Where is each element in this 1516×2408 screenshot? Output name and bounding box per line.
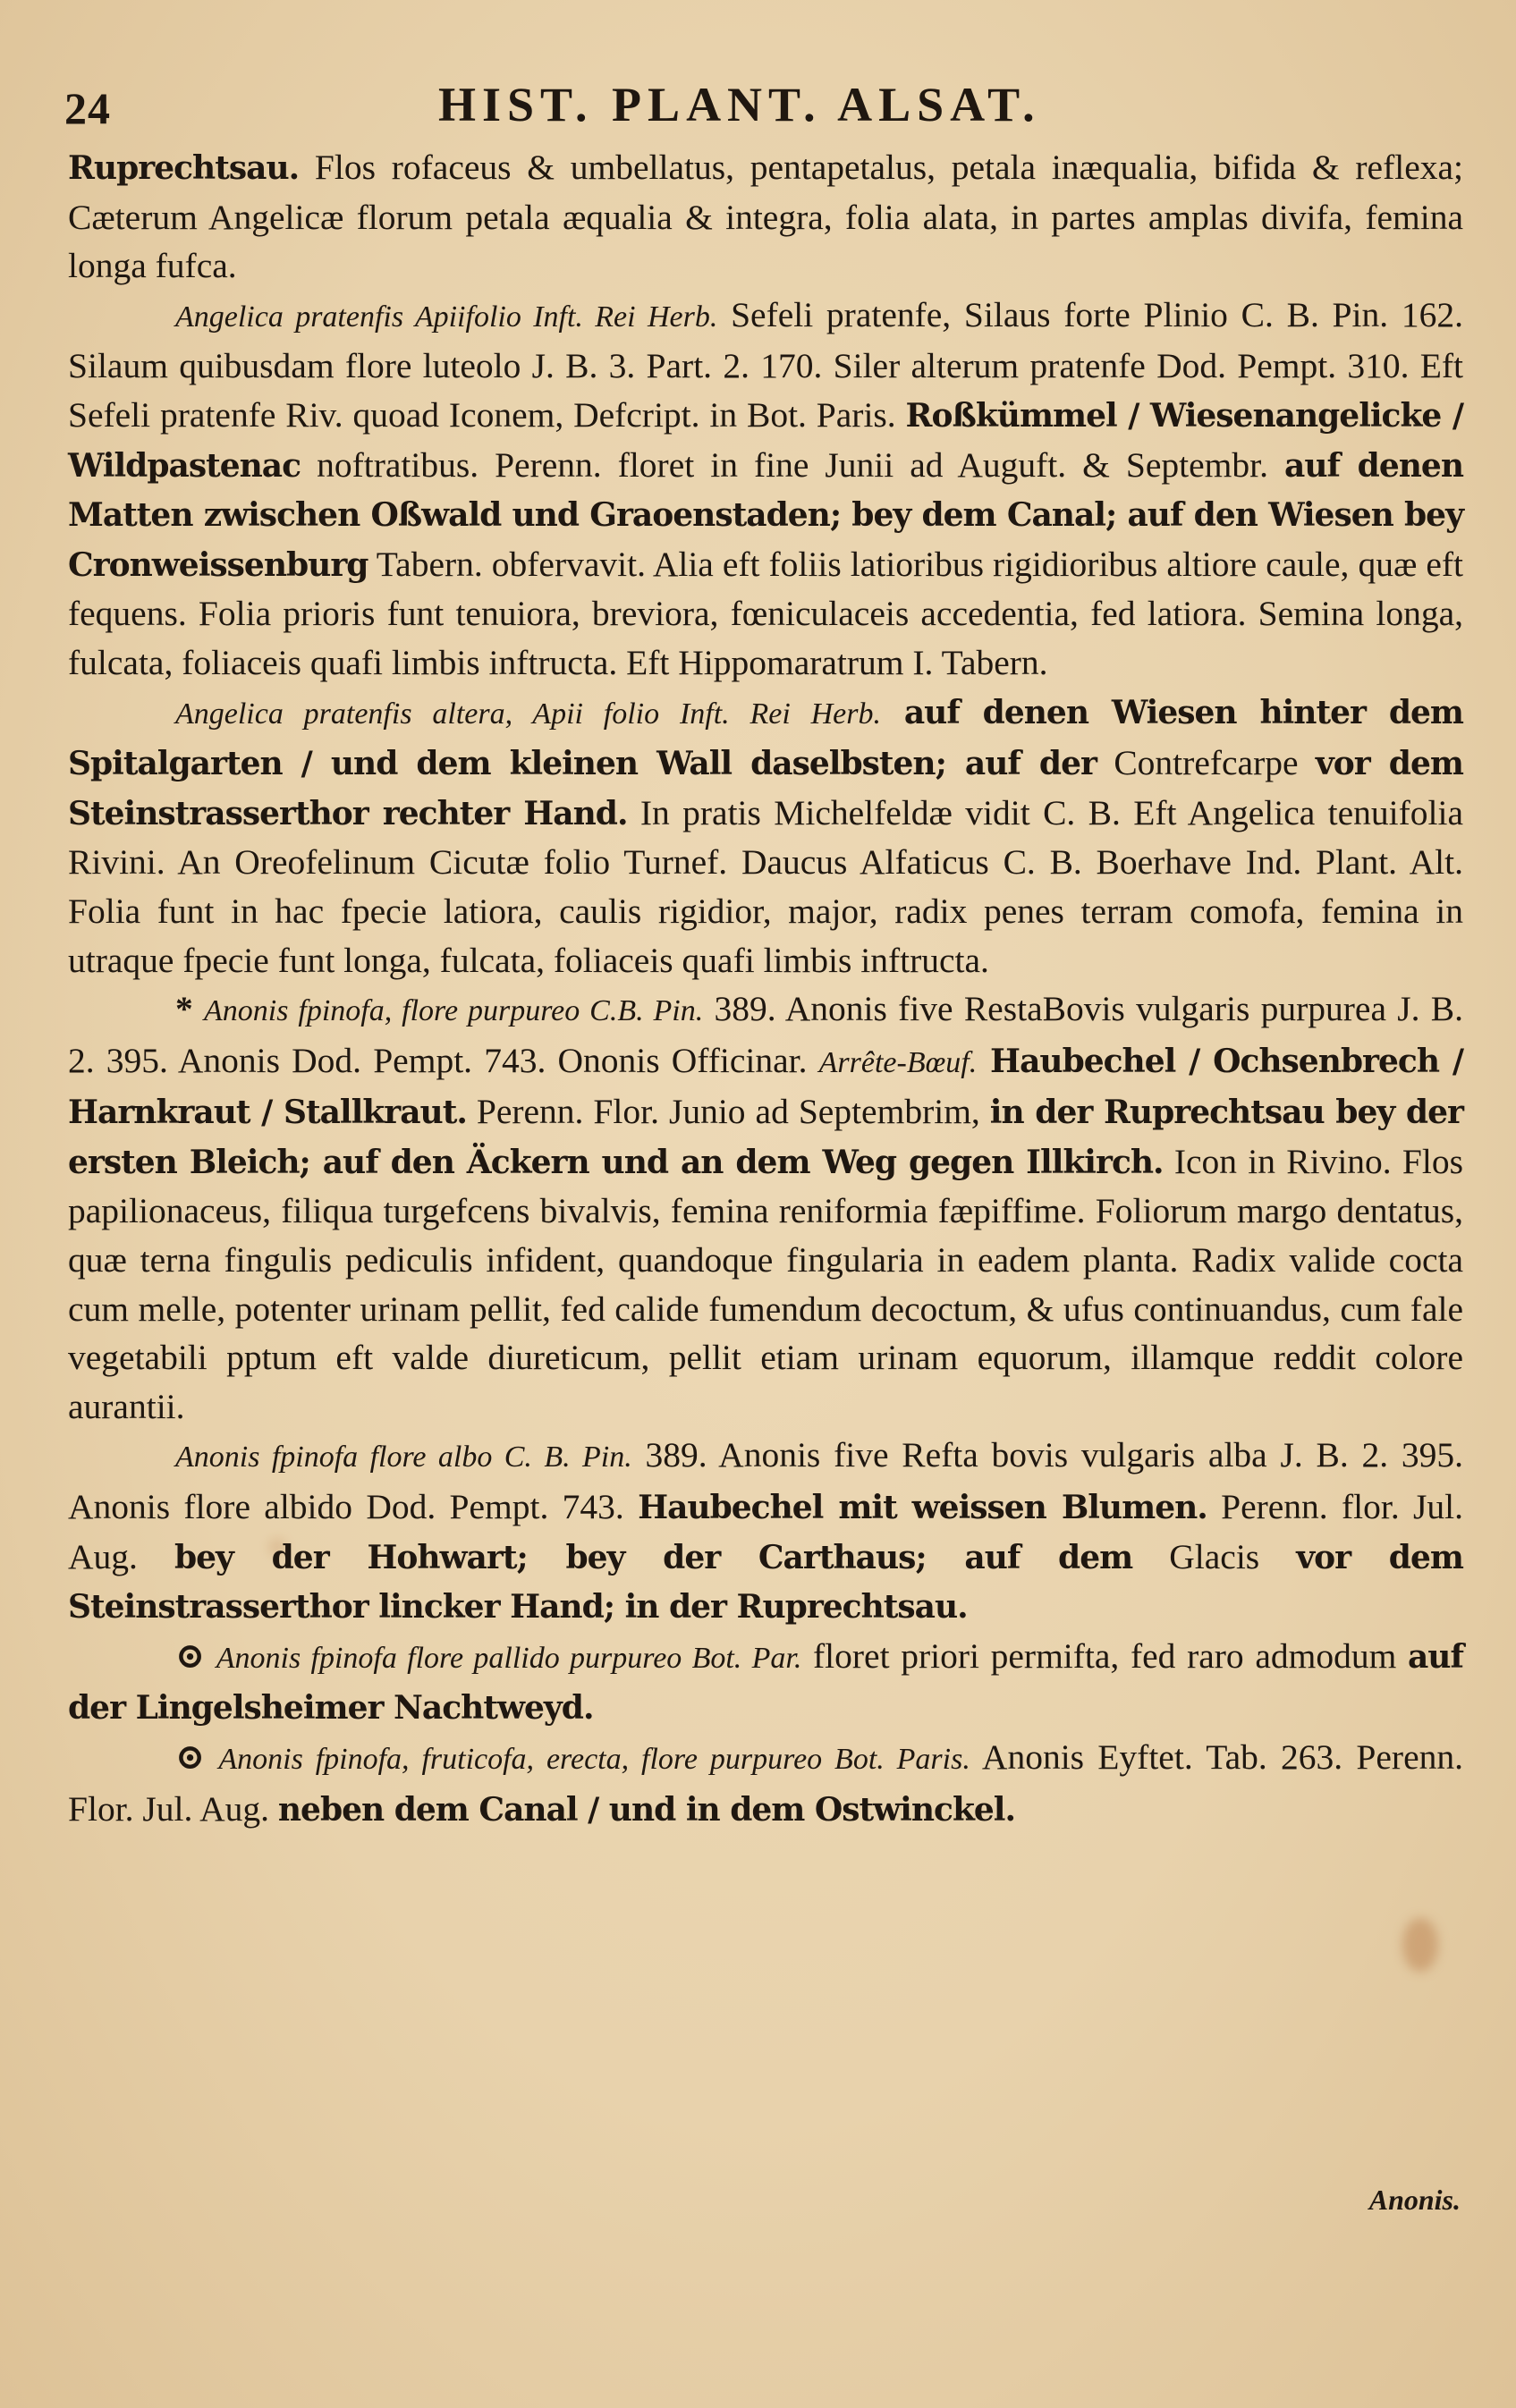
paragraph: ⊙ Anonis fpinofa, fruticofa, erecta, flo… <box>68 1733 1463 1834</box>
paragraph: Angelica pratenfis altera, Apii folio In… <box>68 688 1463 985</box>
symbol-mark: * <box>175 989 204 1028</box>
species-name: Anonis fpinofa flore albo C. B. Pin. <box>175 1441 632 1474</box>
latin-text: Contrefcarpe <box>1097 743 1316 782</box>
paragraph: Angelica pratenfis Apiifolio Inft. Rei H… <box>68 291 1463 688</box>
latin-text: Icon in Rivino. Flos papilionaceus, fili… <box>68 1142 1463 1426</box>
species-name: Angelica pratenfis altera, Apii folio In… <box>175 697 881 731</box>
page-number: 24 <box>64 82 111 134</box>
latin-text: Glacis <box>1132 1537 1296 1576</box>
latin-text: noftratibus. Perenn. floret in fine Juni… <box>301 445 1284 485</box>
page-body: Ruprechtsau. Flos rofaceus & umbellatus,… <box>68 143 1463 1834</box>
page-header: 24 HIST. PLANT. ALSAT. <box>64 77 1452 139</box>
running-title: HIST. PLANT. ALSAT. <box>438 77 1041 132</box>
species-name: Arrête-Bœuf. <box>819 1046 978 1079</box>
book-page: 24 HIST. PLANT. ALSAT. Ruprechtsau. Flos… <box>0 0 1516 2408</box>
german-text: neben dem Canal / und in dem Ostwinckel. <box>278 1791 1015 1829</box>
species-name: Angelica pratenfis Apiifolio Inft. Rei H… <box>175 300 717 334</box>
german-text: Haubechel mit weissen Blumen. <box>638 1489 1207 1526</box>
paragraph: Anonis fpinofa flore albo C. B. Pin. 389… <box>68 1431 1463 1631</box>
paragraph: * Anonis fpinofa, flore purpureo C.B. Pi… <box>68 984 1463 1431</box>
foxing-stain <box>1402 1918 1438 1972</box>
symbol-mark: ⊙ <box>175 1737 218 1777</box>
latin-text: Perenn. Flor. Junio ad Septembrim, <box>467 1092 990 1131</box>
symbol-mark: ⊙ <box>175 1636 216 1676</box>
german-text: Ruprechtsau. <box>68 149 299 187</box>
species-name: Anonis fpinofa, fruticofa, erecta, flore… <box>218 1743 970 1776</box>
species-name: Anonis fpinofa flore pallido purpureo Bo… <box>216 1642 802 1675</box>
paragraph: Ruprechtsau. Flos rofaceus & umbellatus,… <box>68 143 1463 291</box>
latin-text: floret priori permifta, fed raro admodum <box>801 1636 1408 1676</box>
paragraph: ⊙ Anonis fpinofa flore pallido purpureo … <box>68 1632 1463 1733</box>
catchword: Anonis. <box>1369 2184 1461 2217</box>
species-name: Anonis fpinofa, flore purpureo C.B. Pin. <box>204 994 703 1027</box>
german-text: bey der Hohwart; bey der Carthaus; auf d… <box>174 1539 1132 1576</box>
